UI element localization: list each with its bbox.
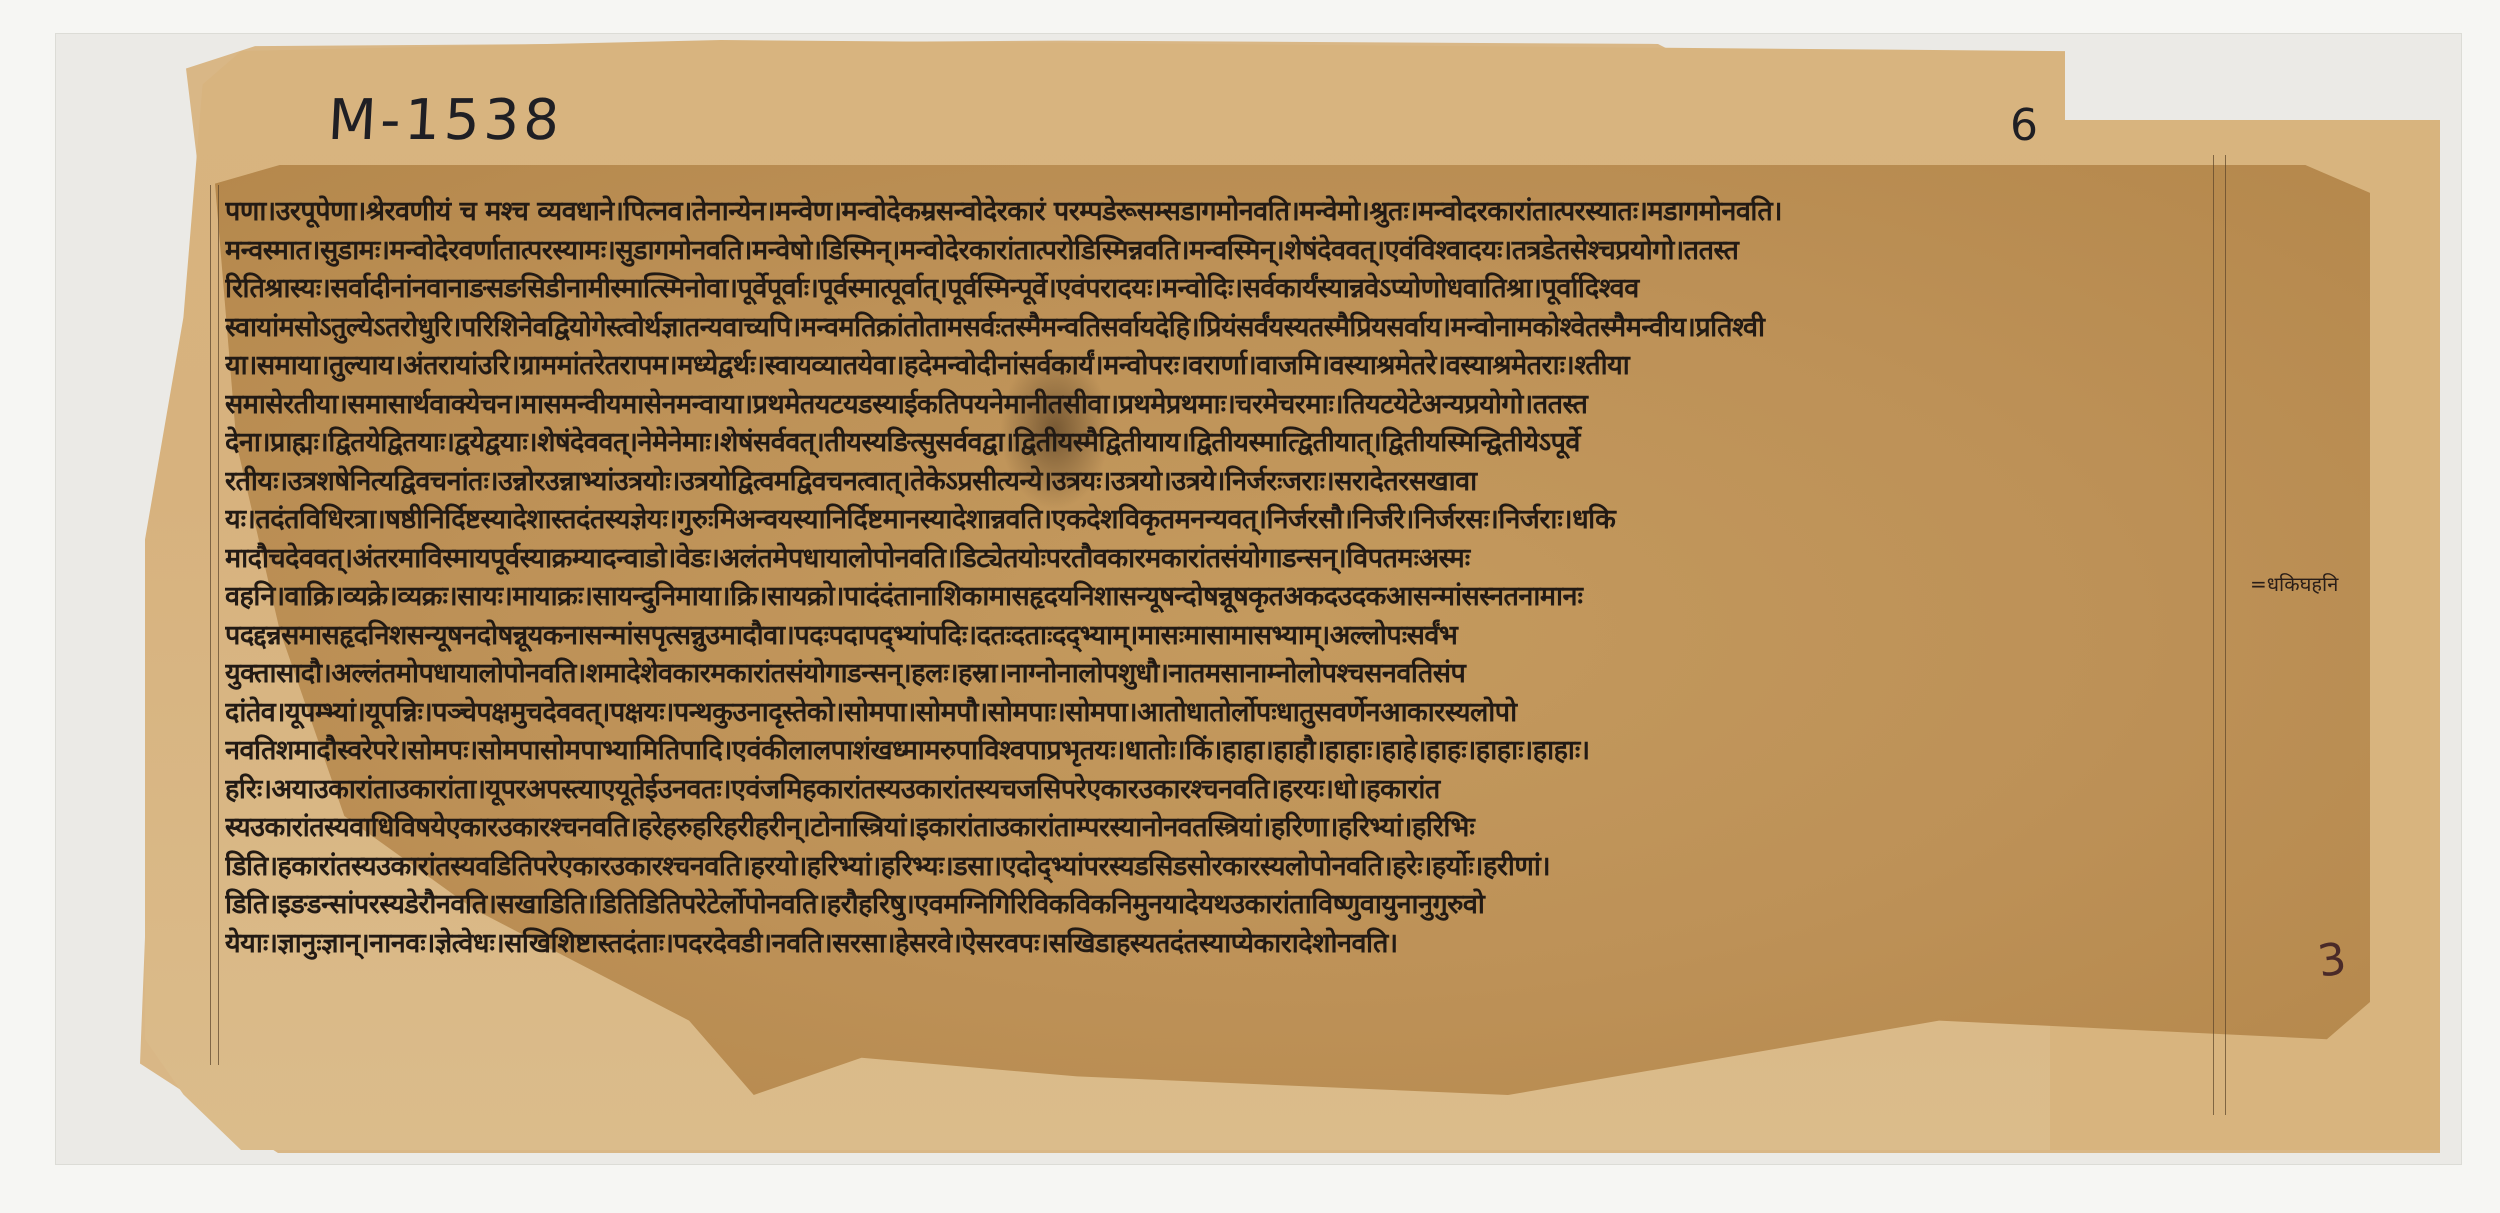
text-line: वहनि।वाक्रि।व्यक्रे।व्यक्रः।सायः।मायाक्र… [225, 578, 2210, 617]
folio-number: 6 [2010, 100, 2038, 151]
text-line: युक्तासादौ।अल्लंतमोपधायालोपोनवति।शमादेशे… [225, 655, 2210, 694]
text-line: मादौचदेववत्।अंतरमाविस्मायपूर्वस्याक्रम्य… [225, 540, 2210, 579]
text-line: डिति।इङडन्सांपरस्यडेरौनवति।सखाडिति।डितिड… [225, 886, 2210, 925]
text-line: समासेरतीया।समासार्थवाक्येचन।मासमन्वीयमास… [225, 386, 2210, 425]
catalog-number: M-1538 [326, 88, 564, 153]
text-line: नवतिशमादौस्वरेपरे।सोमपः।सोमपासोमपाभ्यामि… [225, 732, 2210, 771]
text-line: रतीयः।उत्रशषेनित्यद्विवचनांतः।उन्नोरउन्न… [225, 463, 2210, 502]
text-line: रितिश्रास्यः।सर्वादीनांनवानाङसङसिडीनामीस… [225, 270, 2210, 309]
text-line: स्वायांमसोऽतुल्येऽतरोधुरि।परिशिनेवद्वियो… [225, 309, 2210, 348]
text-line: या।समाया।तुल्याय।अंतरायांउरि।ग्राममांतरे… [225, 347, 2210, 386]
text-line: पदद्दन्नसमासहृदनिशसन्यूषनदोषन्नूयकनासन्म… [225, 617, 2210, 656]
text-line: डिति।हकारांतस्यउकारांतस्यवडितिपरेएकारउका… [225, 848, 2210, 887]
manuscript-text-block: पणा।उरपूपेणा।श्रेरवणीयं च मश्च व्यवधाने।… [225, 193, 2210, 963]
text-line: येयाः।ज्ञानुःज्ञान्।नानवः।ज्ञेत्वेधः।सखि… [225, 925, 2210, 964]
left-margin-rule [210, 185, 211, 1065]
text-line: मन्वस्मात।सुडामः।मन्वोदेरवर्णातात्परस्या… [225, 232, 2210, 271]
text-line: स्यउकारांतस्यवाधिविषयेएकारउकारश्चनवति।हर… [225, 809, 2210, 848]
right-margin-rule-outer [2225, 155, 2226, 1115]
text-line: पणा।उरपूपेणा।श्रेरवणीयं च मश्च व्यवधाने।… [225, 193, 2210, 232]
text-line: यः।तदंतविधिरत्रा।षष्ठीनिर्दिष्टस्यादेशास… [225, 501, 2210, 540]
left-margin-rule-inner [218, 185, 219, 1065]
text-line: हरिः।अयाउकारांताउकारांता।यूपरअपस्त्याएयू… [225, 771, 2210, 810]
text-line: देना।प्राह्मः।द्वितयेद्वितयाः।द्वयेद्वया… [225, 424, 2210, 463]
text-line: दांतेव।यूपम्भ्यां।यूपन्निः।पञ्चेपक्षमुचद… [225, 694, 2210, 733]
margin-note: =धकिघहनि [2250, 570, 2338, 597]
right-margin-rule [2213, 155, 2214, 1115]
